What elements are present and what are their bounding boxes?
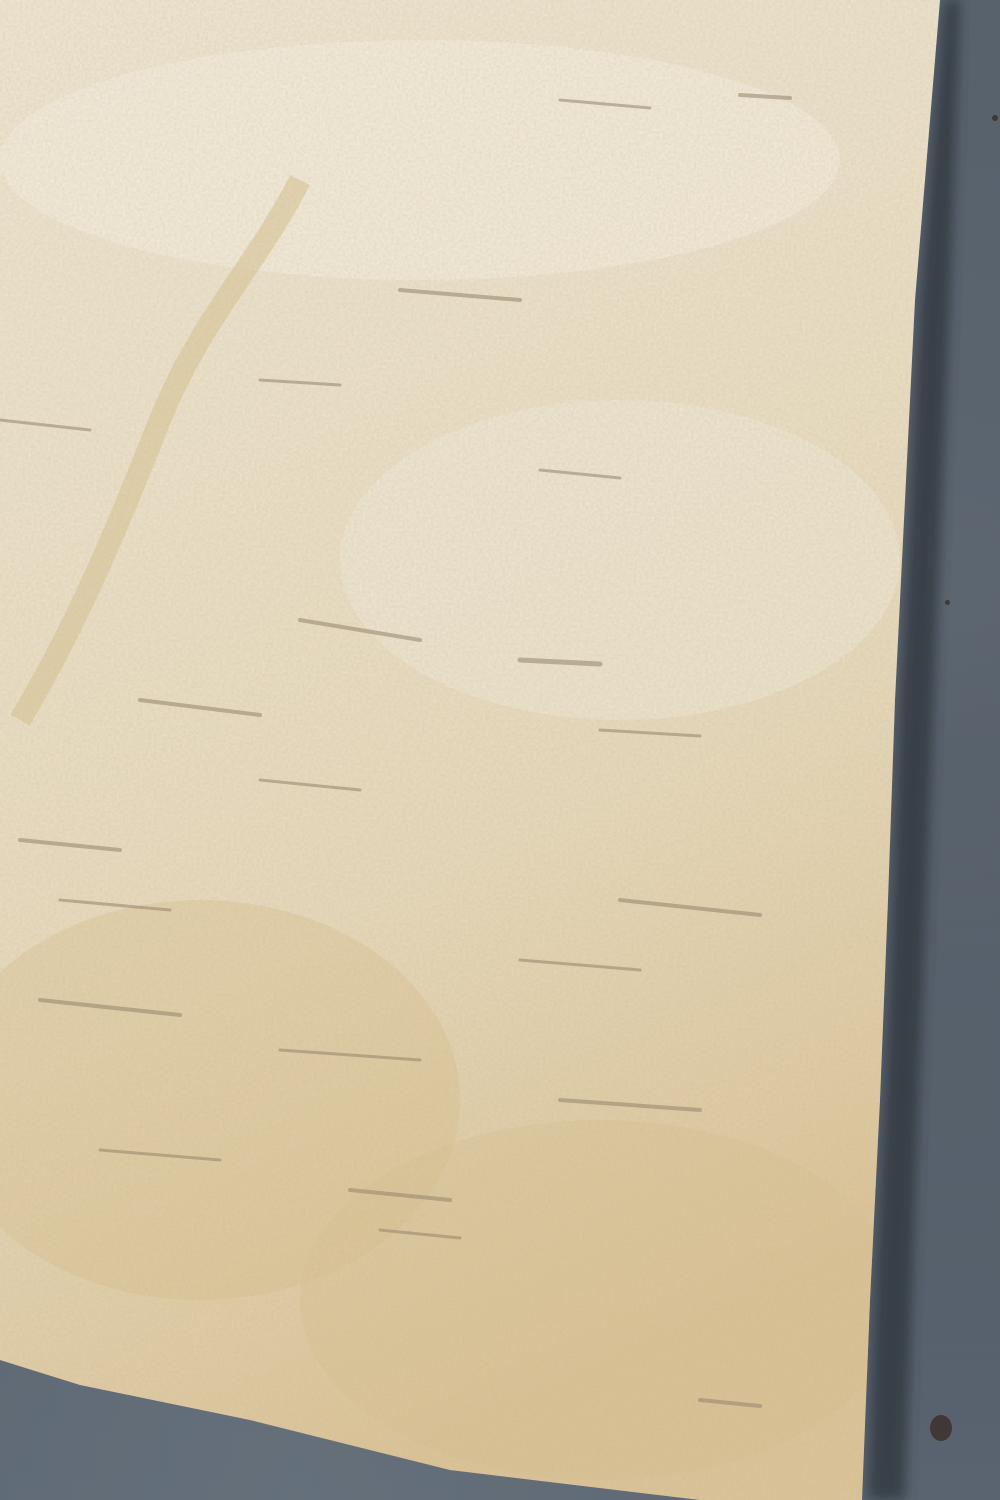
shag-rug <box>0 0 1000 1500</box>
floor-speck <box>945 600 950 605</box>
photo-scene <box>0 0 1000 1500</box>
floor-stain <box>930 1415 952 1441</box>
floor-speck <box>992 115 998 121</box>
